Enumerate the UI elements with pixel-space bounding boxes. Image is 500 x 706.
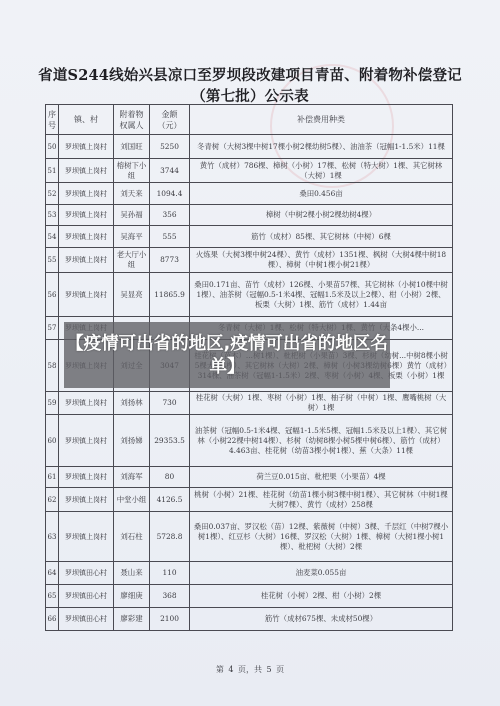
row-amount: 555: [150, 226, 190, 248]
row-amount: 8773: [150, 248, 190, 273]
row-desc: 火炼果（大树3棵中树24棵）、黄竹（成材）1351棵、枫树（大树4棵中树18棵）…: [190, 248, 453, 273]
row-town: 罗坝镇上岗村: [59, 226, 114, 248]
row-amount: 5728.8: [150, 512, 190, 562]
table-row: 62 罗坝镇上岗村 中堂小组 4126.5 桃树（小树）21棵、桂花树（幼苗1棵…: [46, 488, 453, 512]
row-town: 罗坝镇上岗村: [59, 415, 114, 467]
row-town: 罗坝镇田心村: [59, 562, 114, 585]
table-row: 63 罗坝镇上岗村 刘石柱 5728.8 桑田0.037亩、罗汉松（苗）12棵、…: [46, 512, 453, 562]
table-row: 51 罗坝镇上岗村 榕树下小组 3744 黄竹（成材）786棵、樟树（小树）17…: [46, 159, 453, 183]
row-desc: 冬青树（大树3棵中树17棵小树2棵幼树5棵）、油油茶（冠幅1-1.5米）11棵: [190, 135, 453, 159]
row-desc: 荷兰豆0.015亩、枇杷果（小果苗）4棵: [190, 467, 453, 488]
header-amount: 金额（元）: [150, 105, 190, 135]
header-no: 序号: [46, 105, 59, 135]
row-amount: 80: [150, 467, 190, 488]
document-subtitle: （第七批）公示表: [0, 85, 500, 106]
row-no: 60: [46, 415, 59, 467]
row-no: 57: [46, 317, 59, 340]
page-number: 第 4 页，共 5 页: [0, 664, 500, 675]
row-desc: 油茶树（冠幅0.5-1米4棵、冠幅1-1.5米5棵、冠幅1.5米及以上1棵）、其…: [190, 415, 453, 467]
row-town: 罗坝镇田心村: [59, 585, 114, 608]
table-row: 65 罗坝镇田心村 廖细庚 368 桂花树（小树）2棵、柑（小树）2棵: [46, 585, 453, 608]
row-no: 62: [46, 488, 59, 512]
row-town: 罗坝镇上岗村: [59, 488, 114, 512]
row-owner: 榕树下小组: [114, 159, 150, 183]
row-desc: 樟树（中树2棵小树2棵幼树4棵）: [190, 205, 453, 226]
row-owner: 老大厅小组: [114, 248, 150, 273]
row-amount: 3744: [150, 159, 190, 183]
table-row: 53 罗坝镇上岗村 吴孙福 356 樟树（中树2棵小树2棵幼树4棵）: [46, 205, 453, 226]
row-desc: 桑田0.037亩、罗汉松（苗）12棵、紫薇树（中树）3棵、千层红（中树7棵小树1…: [190, 512, 453, 562]
row-owner: 刘海军: [114, 467, 150, 488]
row-desc: 黄竹（成材）786棵、樟树（小树）17棵、松树（特大树）1棵、其它树林（大树）1…: [190, 159, 453, 183]
row-no: 63: [46, 512, 59, 562]
table-row: 59 罗坝镇上岗村 刘扬林 730 桂花树（大树）1棵、枣树（小树）1棵、柚子树…: [46, 392, 453, 415]
row-no: 64: [46, 562, 59, 585]
row-amount: 356: [150, 205, 190, 226]
row-owner: 中堂小组: [114, 488, 150, 512]
row-amount: 29353.5: [150, 415, 190, 467]
row-town: 罗坝镇上岗村: [59, 512, 114, 562]
row-town: 罗坝镇上岗村: [59, 392, 114, 415]
row-amount: 2100: [150, 608, 190, 631]
row-no: 59: [46, 392, 59, 415]
row-amount: 110: [150, 562, 190, 585]
table-row: 52 罗坝镇上岗村 刘天来 1094.4 桑田0.456亩: [46, 183, 453, 205]
row-desc: 桂花树（大树）1棵、枣树（小树）1棵、柚子树（中树）1棵、鹰嘴桃树（大树）1棵: [190, 392, 453, 415]
row-amount: 4126.5: [150, 488, 190, 512]
table-row: 54 罗坝镇上岗村 吴海平 555 筋竹（成材）85棵、其它树林（中树）6棵: [46, 226, 453, 248]
table-row: 50 罗坝镇上岗村 刘国旺 5250 冬青树（大树3棵中树17棵小树2棵幼树5棵…: [46, 135, 453, 159]
row-no: 56: [46, 273, 59, 317]
row-owner: 刘扬林: [114, 392, 150, 415]
row-town: 罗坝镇上岗村: [59, 159, 114, 183]
table-row: 56 罗坝镇上岗村 吴显亮 11865.9 桑田0.171亩、苗竹（成材）126…: [46, 273, 453, 317]
row-no: 51: [46, 159, 59, 183]
table-row: 61 罗坝镇上岗村 刘海军 80 荷兰豆0.015亩、枇杷果（小果苗）4棵: [46, 467, 453, 488]
row-town: 罗坝镇田心村: [59, 608, 114, 631]
headline-overlay-text: 【疫情可出省的地区,疫情可出省的地区名单】: [64, 322, 390, 379]
row-desc: 筋竹（成材）85棵、其它树林（中树）6棵: [190, 226, 453, 248]
row-owner: 吴显亮: [114, 273, 150, 317]
row-town: 罗坝镇上岗村: [59, 273, 114, 317]
row-owner: 聂山来: [114, 562, 150, 585]
row-owner: 刘国旺: [114, 135, 150, 159]
row-town: 罗坝镇上岗村: [59, 467, 114, 488]
row-desc: 桃树（小树）21棵、桂花树（幼苗1棵小树3棵中树1棵）、其它树林（中树1棵大树7…: [190, 488, 453, 512]
row-desc: 油麦菜0.055亩: [190, 562, 453, 585]
table-header-row: 序号 镇、村 附着物权属人 金额（元） 补偿费用种类: [46, 105, 453, 135]
row-owner: 刘天来: [114, 183, 150, 205]
row-owner: 刘扬娣: [114, 415, 150, 467]
table-row: 55 罗坝镇上岗村 老大厅小组 8773 火炼果（大树3棵中树24棵）、黄竹（成…: [46, 248, 453, 273]
table-row: 64 罗坝镇田心村 聂山来 110 油麦菜0.055亩: [46, 562, 453, 585]
row-desc: 桂花树（小树）2棵、柑（小树）2棵: [190, 585, 453, 608]
row-no: 58: [46, 340, 59, 392]
row-owner: 廖彩建: [114, 608, 150, 631]
row-desc: 桑田0.456亩: [190, 183, 453, 205]
row-town: 罗坝镇上岗村: [59, 248, 114, 273]
row-no: 52: [46, 183, 59, 205]
row-amount: 11865.9: [150, 273, 190, 317]
row-town: 罗坝镇上岗村: [59, 205, 114, 226]
row-amount: 5250: [150, 135, 190, 159]
row-desc: 筋竹（成材675棵、未成材50棵）: [190, 608, 453, 631]
row-owner: 廖细庚: [114, 585, 150, 608]
row-amount: 368: [150, 585, 190, 608]
row-no: 54: [46, 226, 59, 248]
row-no: 50: [46, 135, 59, 159]
row-no: 55: [46, 248, 59, 273]
table-row: 60 罗坝镇上岗村 刘扬娣 29353.5 油茶树（冠幅0.5-1米4棵、冠幅1…: [46, 415, 453, 467]
table-row: 66 罗坝镇田心村 廖彩建 2100 筋竹（成材675棵、未成材50棵）: [46, 608, 453, 631]
row-town: 罗坝镇上岗村: [59, 183, 114, 205]
row-no: 65: [46, 585, 59, 608]
row-desc: 桑田0.171亩、苗竹（成材）126棵、小果苗57棵、其它树林（小树10棵中树1…: [190, 273, 453, 317]
header-desc: 补偿费用种类: [190, 105, 453, 135]
header-town: 镇、村: [59, 105, 114, 135]
row-amount: 730: [150, 392, 190, 415]
row-town: 罗坝镇上岗村: [59, 135, 114, 159]
row-owner: 吴海平: [114, 226, 150, 248]
header-owner: 附着物权属人: [114, 105, 150, 135]
row-owner: 刘石柱: [114, 512, 150, 562]
row-no: 61: [46, 467, 59, 488]
row-owner: 吴孙福: [114, 205, 150, 226]
row-no: 66: [46, 608, 59, 631]
row-no: 53: [46, 205, 59, 226]
document-title: 省道S244线始兴县凉口至罗坝段改建项目青苗、附着物补偿登记: [0, 64, 500, 85]
row-amount: 1094.4: [150, 183, 190, 205]
